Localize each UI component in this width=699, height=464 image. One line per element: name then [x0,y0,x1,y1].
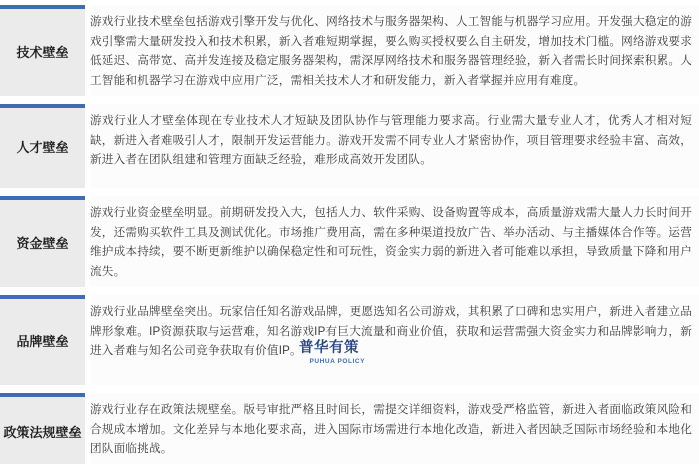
barrier-label-cell: 人才壁垒 [0,104,85,188]
barrier-text: 游戏行业存在政策法规壁垒。版号审批严格且时间长，需提交详细资料，游戏受严格监管，… [90,393,699,464]
barrier-text: 游戏行业技术壁垒包括游戏引擎开发与优化、网络技术与服务器架构、人工智能与机器学习… [90,5,699,96]
barrier-label: 政策法规壁垒 [0,423,84,443]
barrier-text: 游戏行业资金壁垒明显。前期研发投入大，包括人力、软件采购、设备购置等成本，高质量… [90,196,699,287]
barrier-label-cell: 技术壁垒 [0,5,85,96]
barrier-row: 技术壁垒 游戏行业技术壁垒包括游戏引擎开发与优化、网络技术与服务器架构、人工智能… [0,5,699,96]
barrier-label-cell: 政策法规壁垒 [0,393,85,464]
barrier-label: 技术壁垒 [13,43,71,63]
barrier-row: 资金壁垒 游戏行业资金壁垒明显。前期研发投入大，包括人力、软件采购、设备购置等成… [0,196,699,287]
barrier-text: 游戏行业品牌壁垒突出。玩家信任知名游戏品牌，更愿选知名公司游戏，其积累了口碑和忠… [90,295,699,385]
barrier-row: 品牌壁垒 游戏行业品牌壁垒突出。玩家信任知名游戏品牌，更愿选知名公司游戏，其积累… [0,295,699,385]
barrier-label-cell: 品牌壁垒 [0,295,85,385]
barrier-label: 品牌壁垒 [13,332,71,352]
barrier-row: 政策法规壁垒 游戏行业存在政策法规壁垒。版号审批严格且时间长，需提交详细资料，游… [0,393,699,464]
barrier-label: 资金壁垒 [13,234,71,254]
barrier-label: 人才壁垒 [13,138,71,158]
barrier-label-cell: 资金壁垒 [0,196,85,287]
barrier-row: 人才壁垒 游戏行业人才壁垒体现在专业技术人才短缺及团队协作与管理能力要求高。行业… [0,104,699,188]
barrier-text: 游戏行业人才壁垒体现在专业技术人才短缺及团队协作与管理能力要求高。行业需大量专业… [90,104,699,188]
report-page: 技术壁垒 游戏行业技术壁垒包括游戏引擎开发与优化、网络技术与服务器架构、人工智能… [0,0,699,464]
